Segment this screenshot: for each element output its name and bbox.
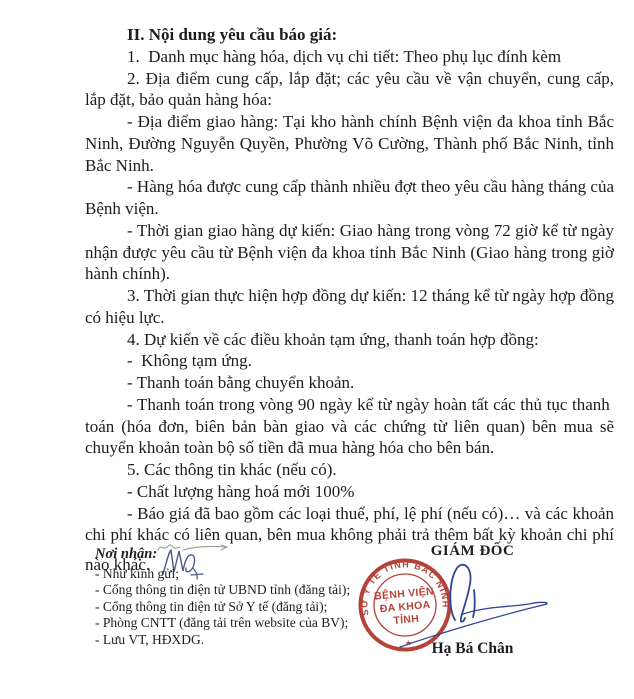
paragraph-delivery-address: - Địa điểm giao hàng: Tại kho hành chính… (85, 111, 614, 176)
paragraph-delivery-location: 2. Địa điểm cung cấp, lắp đặt; các yêu c… (85, 68, 614, 112)
section-heading: II. Nội dung yêu cầu báo giá: (85, 24, 614, 46)
paragraph-bank-transfer: - Thanh toán bằng chuyển khoản. (85, 372, 614, 394)
paragraph-delivery-batches: - Hàng hóa được cung cấp thành nhiều đợt… (85, 176, 614, 220)
paragraph-quality: - Chất lượng hàng hoá mới 100% (85, 481, 614, 503)
paragraph-other-info: 5. Các thông tin khác (nếu có). (85, 459, 614, 481)
recipient-item: - Lưu VT, HĐXDG. (95, 632, 395, 649)
scribble-stroke (158, 545, 227, 550)
document-body: II. Nội dung yêu cầu báo giá: 1. Danh mụ… (85, 24, 614, 580)
paragraph-payment-terms: 4. Dự kiến về các điều khoản tạm ứng, th… (85, 329, 614, 351)
recipients-block: Nơi nhận: - Như kính gửi; - Cổng thông t… (95, 540, 395, 649)
paragraph-no-advance: - Không tạm ứng. (85, 350, 614, 372)
document-page: II. Nội dung yêu cầu báo giá: 1. Danh mụ… (0, 0, 634, 699)
recipient-item: - Như kính gửi; (95, 566, 395, 583)
paragraph-payment-deadline: - Thanh toán trong vòng 90 ngày kể từ ng… (85, 394, 614, 459)
recipient-item: - Cổng thông tin điện tử Sở Y tế (đăng t… (95, 599, 395, 616)
director-signature (393, 558, 553, 653)
paragraph-contract-duration: 3. Thời gian thực hiện hợp đồng dự kiến:… (85, 285, 614, 329)
pen-scribble (155, 540, 233, 556)
recipients-heading-text: Nơi nhận: (95, 546, 157, 562)
recipient-item: - Phòng CNTT (đăng tải trên website của … (95, 615, 395, 632)
paragraph-delivery-time: - Thời gian giao hàng dự kiến: Giao hàng… (85, 220, 614, 285)
recipients-heading: Nơi nhận: (95, 540, 395, 563)
paragraph-item-list: 1. Danh mục hàng hóa, dịch vụ chi tiết: … (85, 46, 614, 68)
signature-short-stroke (473, 590, 475, 617)
recipient-item: - Cổng thông tin điện tử UBND tỉnh (đăng… (95, 582, 395, 599)
